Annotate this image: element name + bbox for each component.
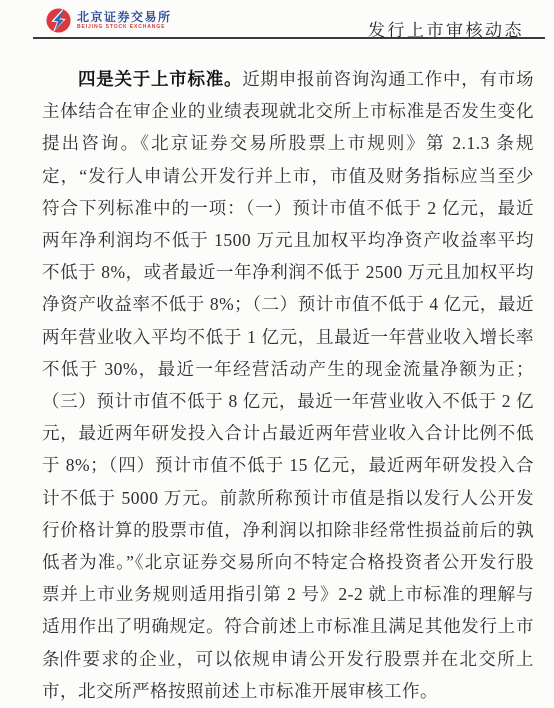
paragraph-text-before-caret: 近期申报前咨询沟通工作中，有市场主体结合在审企业的业绩表现就北交所上市标准是否发…: [42, 69, 534, 669]
paragraph-text-after-caret: 件要求的企业，可以依规申请公开发行股票并在北交所上市，北交所严格按照前述上市标准…: [42, 649, 534, 701]
document-body: 四是关于上市标准。近期申报前咨询沟通工作中，有市场主体结合在审企业的业绩表现就北…: [42, 40, 534, 707]
bse-logo-text: 北京证券交易所 BEIJING STOCK EXCHANGE: [77, 11, 172, 31]
paragraph: 四是关于上市标准。近期申报前咨询沟通工作中，有市场主体结合在审企业的业绩表现就北…: [42, 40, 534, 707]
scanned-document-page: { "header": { "logo": { "icon": "bse-log…: [0, 0, 554, 708]
header-divider-line: [33, 37, 545, 39]
bse-logo: 北京证券交易所 BEIJING STOCK EXCHANGE: [45, 7, 172, 34]
bse-logo-icon: [45, 7, 72, 34]
paragraph-lead-bold: 四是关于上市标准。: [78, 69, 242, 89]
bse-logo-name-cn: 北京证券交易所: [77, 11, 172, 23]
bse-logo-name-en: BEIJING STOCK EXCHANGE: [77, 25, 172, 30]
page-header: 北京证券交易所 BEIJING STOCK EXCHANGE 发行上市审核动态: [0, 0, 554, 40]
